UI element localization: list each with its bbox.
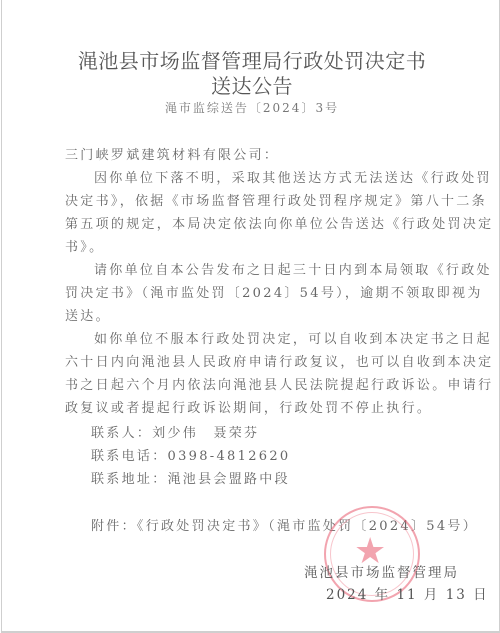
paragraph-2-line-3: 送达。: [65, 305, 111, 324]
attachment: 附件：《行政处罚决定书》（渑市监处罚〔2024〕54号）: [91, 515, 478, 534]
paragraph-1-line-3: 第五项的规定，本局决定依法向你单位公告送达《行政处罚决定: [65, 213, 493, 232]
signature-date: 2024 年 11 月 13 日: [326, 583, 489, 603]
document-subtitle: 送达公告: [2, 70, 500, 99]
contact-address: 联系地址：渑池县会盟路中段: [91, 468, 290, 487]
paragraph-3-line-3: 书之日起六个月内依法向渑池县人民法院提起行政诉讼。申请行: [65, 374, 493, 393]
paragraph-3-line-4: 政复议或者提起行政诉讼期间，行政处罚不停止执行。: [65, 397, 432, 416]
document-number: 渑市监综送告〔2024〕3号: [2, 99, 500, 116]
signature-organization: 渑池县市场监督管理局: [304, 561, 459, 581]
paragraph-1-line-2: 决定书》，依据《市场监督管理行政处罚程序规定》第八十二条: [65, 190, 487, 209]
paragraph-3-line-2: 六十日内向渑池县人民政府申请行政复议，也可以自收到本决定: [65, 351, 493, 370]
document-page: 渑池县市场监督管理局行政处罚决定书 送达公告 渑市监综送告〔2024〕3号 三门…: [1, 0, 500, 633]
addressee: 三门峡罗斌建筑材料有限公司：: [65, 144, 279, 163]
paragraph-1-line-4: 书》。: [65, 236, 104, 255]
contact-person: 联系人：刘少伟 聂荣芬: [91, 422, 259, 441]
paragraph-1-line-1: 因你单位下落不明，采取其他送达方式无法送达《行政处罚: [94, 167, 492, 186]
paragraph-2-line-2: 罚决定书》（渑市监处罚〔2024〕54号），逾期不领取即视为: [65, 282, 483, 301]
contact-phone: 联系电话：0398-4812620: [91, 445, 290, 464]
paragraph-3-line-1: 如你单位不服本行政处罚决定，可以自收到本决定书之日起: [94, 328, 492, 347]
paragraph-2-line-1: 请你单位自本公告发布之日起三十日内到本局领取《行政处: [94, 259, 492, 278]
